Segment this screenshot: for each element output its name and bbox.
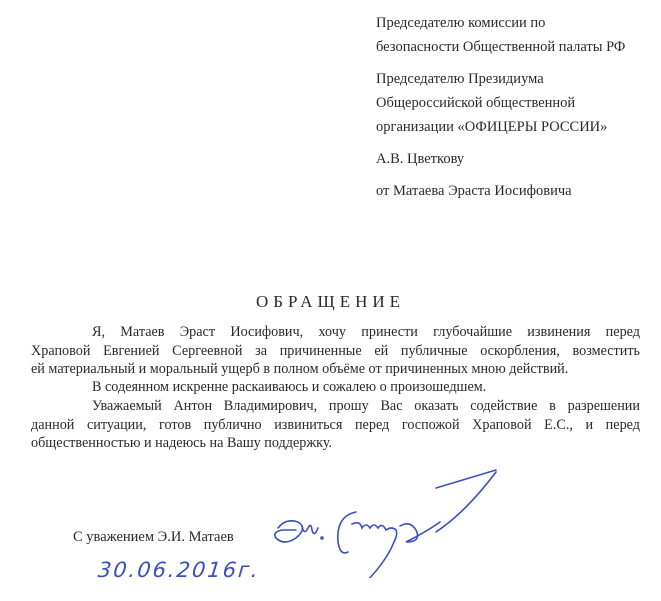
- addressee-line: организации «ОФИЦЕРЫ РОССИИ»: [376, 116, 607, 138]
- handwritten-date: 30.06.2016г.: [97, 558, 261, 582]
- addressee-line: Председателю комиссии по: [376, 12, 545, 34]
- paragraph-1: Я, Матаев Эраст Иосифович, хочу принести…: [31, 323, 640, 379]
- addressee-line: Председателю Президиума: [376, 68, 544, 90]
- body-line: Храповой Евгенией Сергеевной за причинен…: [31, 342, 640, 361]
- body-line: В содеянном искренне раскаиваюсь и сожал…: [31, 378, 640, 397]
- addressee-line: Общероссийской общественной: [376, 92, 575, 114]
- addressee-recipient: А.В. Цветкову: [376, 148, 464, 170]
- addressee-line: безопасности Общественной палаты РФ: [376, 36, 625, 58]
- body-line: данной ситуации, готов публично извинить…: [31, 416, 640, 435]
- body-line: Уважаемый Антон Владимирович, прошу Вас …: [31, 397, 640, 416]
- handwritten-signature-icon: [260, 468, 500, 578]
- body-line: Я, Матаев Эраст Иосифович, хочу принести…: [31, 323, 640, 342]
- addressee-sender: от Матаева Эраста Иосифовича: [376, 180, 572, 202]
- body-line: общественностью и надеюсь на Вашу поддер…: [31, 434, 640, 453]
- body-line: ей материальный и моральный ущерб в полн…: [31, 360, 640, 379]
- paragraph-3: Уважаемый Антон Владимирович, прошу Вас …: [31, 397, 640, 453]
- document-title: ОБРАЩЕНИЕ: [0, 292, 661, 312]
- paragraph-2: В содеянном искренне раскаиваюсь и сожал…: [31, 378, 640, 397]
- closing-signature-text: С уважением Э.И. Матаев: [73, 529, 234, 546]
